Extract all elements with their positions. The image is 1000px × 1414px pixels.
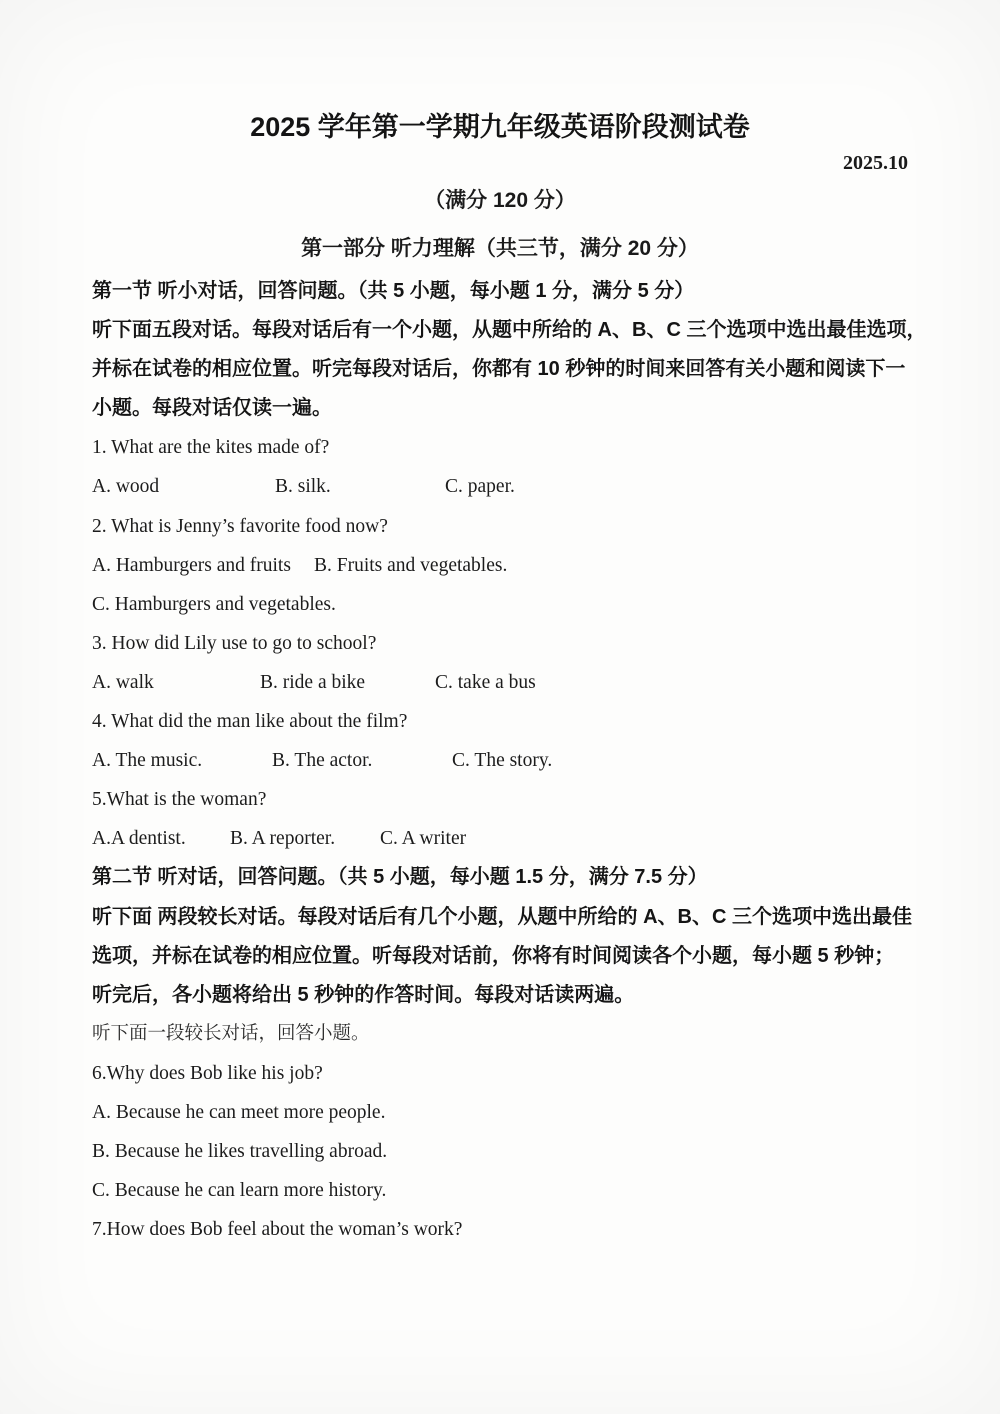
- question-2-option-c: C. Hamburgers and vegetables.: [92, 585, 336, 624]
- question-1-text: 1. What are the kites made of?: [92, 428, 908, 467]
- question-3-option-a: A. walk: [92, 663, 260, 702]
- section2-instruction-line-3: 听完后，各小题将给出 5 秒钟的作答时间。每段对话读两遍。: [92, 976, 908, 1015]
- question-3-text: 3. How did Lily use to go to school?: [92, 624, 908, 663]
- question-4-options: A. The music.B. The actor.C. The story.: [92, 741, 908, 780]
- exam-paper-page: 2025 学年第一学期九年级英语阶段测试卷 2025.10 （满分 120 分）…: [0, 0, 1000, 1414]
- section2-instruction-line-2: 选项，并标在试卷的相应位置。听每段对话前，你将有时间阅读各个小题，每小题 5 秒…: [92, 937, 908, 976]
- question-6-text: 6.Why does Bob like his job?: [92, 1054, 908, 1093]
- page-content: 2025 学年第一学期九年级英语阶段测试卷 2025.10 （满分 120 分）…: [0, 0, 1000, 1249]
- question-4-text: 4. What did the man like about the film?: [92, 702, 908, 741]
- question-5-option-b: B. A reporter.: [230, 819, 380, 858]
- question-4-option-a: A. The music.: [92, 741, 272, 780]
- question-5-text: 5.What is the woman?: [92, 780, 908, 819]
- section1-instruction-line-2: 并标在试卷的相应位置。听完每段对话后，你都有 10 秒钟的时间来回答有关小题和阅…: [92, 350, 908, 389]
- question-3-option-c: C. take a bus: [435, 663, 536, 702]
- part1-heading: 第一部分 听力理解（共三节，满分 20 分）: [92, 236, 908, 262]
- question-6-option-a: A. Because he can meet more people.: [92, 1093, 908, 1132]
- question-6-option-b: B. Because he likes travelling abroad.: [92, 1132, 908, 1171]
- question-5-option-c: C. A writer: [380, 819, 466, 858]
- section1-heading: 第一节 听小对话，回答问题。（共 5 小题，每小题 1 分，满分 5 分）: [92, 272, 908, 311]
- section2-sub-instruction: 听下面一段较长对话，回答小题。: [92, 1015, 908, 1054]
- question-5-options: A.A dentist.B. A reporter.C. A writer: [92, 819, 908, 858]
- question-1-options: A. woodB. silk.C. paper.: [92, 467, 908, 506]
- question-6-option-c: C. Because he can learn more history.: [92, 1171, 908, 1210]
- exam-body: 第一节 听小对话，回答问题。（共 5 小题，每小题 1 分，满分 5 分） 听下…: [92, 272, 908, 1249]
- question-4-option-b: B. The actor.: [272, 741, 452, 780]
- exam-date: 2025.10: [92, 150, 908, 176]
- question-5-option-a: A.A dentist.: [92, 819, 230, 858]
- full-score-line: （满分 120 分）: [92, 188, 908, 214]
- question-2-option-a: A. Hamburgers and fruits: [92, 546, 314, 585]
- section1-instruction-line-3: 小题。每段对话仅读一遍。: [92, 389, 908, 428]
- question-2-options-row-2: C. Hamburgers and vegetables.: [92, 585, 908, 624]
- question-3-option-b: B. ride a bike: [260, 663, 435, 702]
- question-1-option-c: C. paper.: [445, 467, 515, 506]
- question-2-options-row-1: A. Hamburgers and fruitsB. Fruits and ve…: [92, 546, 908, 585]
- question-2-text: 2. What is Jenny’s favorite food now?: [92, 507, 908, 546]
- page-title: 2025 学年第一学期九年级英语阶段测试卷: [92, 0, 908, 144]
- section1-instruction-line-1: 听下面五段对话。每段对话后有一个小题，从题中所给的 A、B、C 三个选项中选出最…: [92, 311, 908, 350]
- section2-heading: 第二节 听对话，回答问题。（共 5 小题，每小题 1.5 分，满分 7.5 分）: [92, 858, 908, 897]
- question-2-option-b: B. Fruits and vegetables.: [314, 546, 507, 585]
- section2-instruction-line-1: 听下面 两段较长对话。每段对话后有几个小题，从题中所给的 A、B、C 三个选项中…: [92, 898, 908, 937]
- question-3-options: A. walkB. ride a bikeC. take a bus: [92, 663, 908, 702]
- question-1-option-a: A. wood: [92, 467, 275, 506]
- question-7-text: 7.How does Bob feel about the woman’s wo…: [92, 1210, 908, 1249]
- question-4-option-c: C. The story.: [452, 741, 552, 780]
- question-1-option-b: B. silk.: [275, 467, 445, 506]
